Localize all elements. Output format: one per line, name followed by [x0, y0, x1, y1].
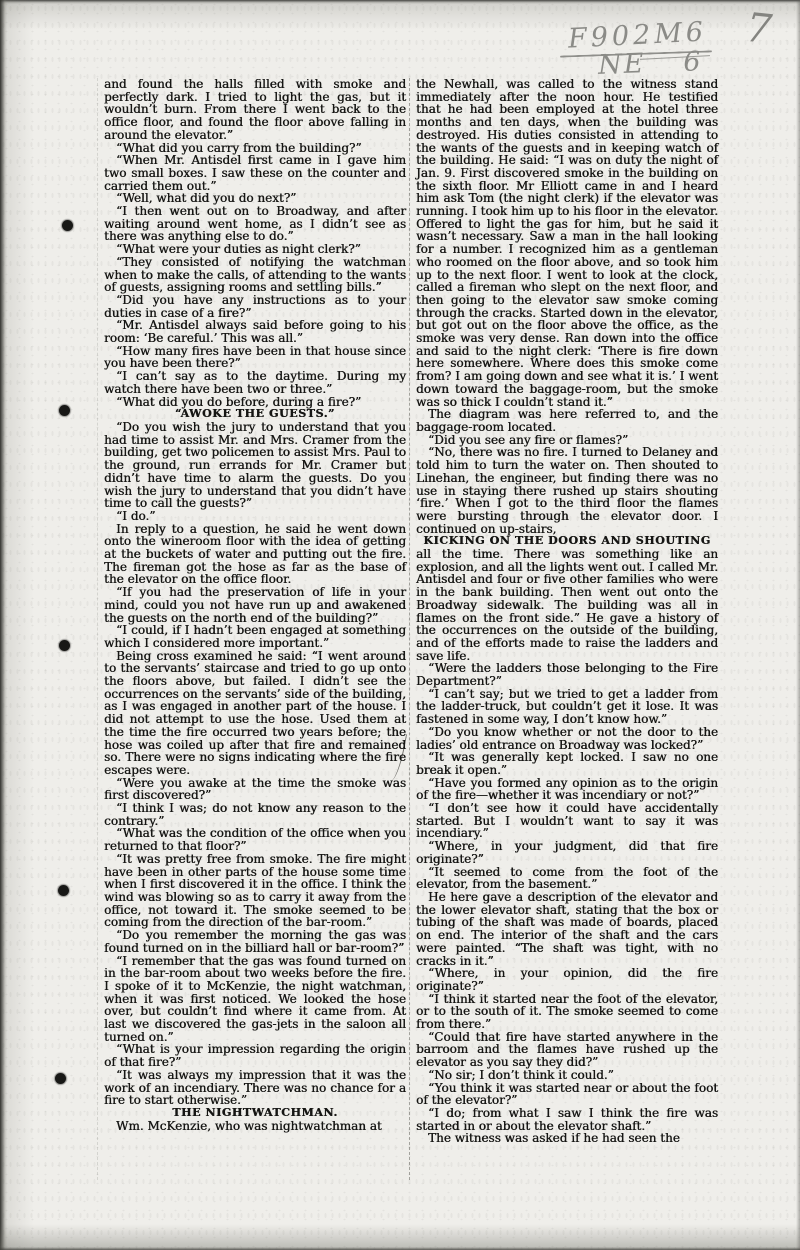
handwritten-code-2-right: 6: [683, 46, 703, 78]
paragraph: In reply to a question, he said he went …: [104, 523, 406, 587]
paragraph: “What is your impression regarding the o…: [104, 1043, 406, 1068]
handwritten-code-2-left: NE: [597, 48, 645, 81]
ink-dot: [59, 640, 70, 651]
paragraph: “You think it was started near or about …: [416, 1082, 718, 1107]
paragraph: “No, there was no fire. I turned to Dela…: [416, 446, 718, 535]
ink-dot: [58, 885, 69, 896]
subheading: THE NIGHTWATCHMAN.: [104, 1107, 406, 1120]
paragraph: “When Mr. Antisdel first came in I gave …: [104, 154, 406, 192]
paragraph: “I remember that the gas was found turne…: [104, 955, 406, 1044]
scan-edge-left: [0, 0, 7, 1250]
paragraph: “Have you formed any opinion as to the o…: [416, 777, 718, 802]
paragraph: “I can’t say as to the daytime. During m…: [104, 370, 406, 395]
paragraph: “What were your duties as night clerk?”: [104, 243, 406, 256]
paragraph: “Did you have any instructions as to you…: [104, 294, 406, 319]
paragraph: “It was pretty free from smoke. The fire…: [104, 853, 406, 929]
paragraph: “It seemed to come from the foot of the …: [416, 866, 718, 891]
paragraph: “Could that fire have started anywhere i…: [416, 1031, 718, 1069]
paragraph: The witness was asked if he had seen the: [416, 1132, 718, 1145]
paragraph: “Mr. Antisdel always said before going t…: [104, 319, 406, 344]
paragraph: “I do; from what I saw I think the fire …: [416, 1107, 718, 1132]
scanned-newspaper-page: F902M6 NE6 7 and found the halls filled …: [0, 0, 800, 1250]
ink-dot: [62, 220, 73, 231]
paragraph: “I do.”: [104, 510, 406, 523]
paragraph: “No sir; I don’t think it could.”: [416, 1069, 718, 1082]
paragraph: “I think I was; do not know any reason t…: [104, 802, 406, 827]
article-column-left: and found the halls filled with smoke an…: [104, 78, 406, 1132]
paragraph: The diagram was here referred to, and th…: [416, 408, 718, 433]
handwritten-page-number: 7: [744, 5, 774, 53]
paragraph: He here gave a description of the elevat…: [416, 891, 718, 967]
column-rule-middle: [409, 78, 410, 1180]
paragraph: all the time. There was something like a…: [416, 548, 718, 662]
paragraph: “Were the ladders those belonging to the…: [416, 662, 718, 687]
ink-dot: [59, 405, 70, 416]
paragraph: “I don’t see how it could have accidenta…: [416, 802, 718, 840]
paragraph: “I can’t say; but we tried to get a ladd…: [416, 688, 718, 726]
paragraph: “I then went out on to Broadway, and aft…: [104, 205, 406, 243]
paragraph: “Do you remember the morning the gas was…: [104, 929, 406, 954]
scan-edge-right: [796, 0, 800, 1250]
handwritten-code-2: NE6: [597, 46, 703, 81]
scan-edge-top: [0, 0, 800, 4]
paragraph: “They consisted of notifying the watchma…: [104, 256, 406, 294]
column-rule-left: [97, 78, 98, 1180]
paragraph: and found the halls filled with smoke an…: [104, 78, 406, 142]
paragraph: “Do you wish the jury to understand that…: [104, 421, 406, 510]
paragraph: “It was generally kept locked. I saw no …: [416, 751, 718, 776]
paragraph: “Were you awake at the time the smoke wa…: [104, 777, 406, 802]
paragraph: “If you had the preservation of life in …: [104, 586, 406, 624]
paragraph: Being cross examined he said: “I went ar…: [104, 650, 406, 777]
paragraph: Wm. McKenzie, who was nightwatchman at: [104, 1120, 406, 1133]
paragraph: “I think it started near the foot of the…: [416, 993, 718, 1031]
ink-dot: [55, 1073, 66, 1084]
paragraph: “Do you know whether or not the door to …: [416, 726, 718, 751]
article-column-right: the Newhall, was called to the witness s…: [416, 78, 718, 1145]
paragraph: “Where, in your opinion, did the fire or…: [416, 967, 718, 992]
paragraph: “I could, if I hadn’t been engaged at so…: [104, 624, 406, 649]
paragraph: “Where, in your judgment, did that fire …: [416, 840, 718, 865]
paragraph: “It was always my impression that it was…: [104, 1069, 406, 1107]
paragraph: the Newhall, was called to the witness s…: [416, 78, 718, 408]
paragraph: “What was the condition of the office wh…: [104, 827, 406, 852]
paragraph: “How many fires have been in that house …: [104, 345, 406, 370]
